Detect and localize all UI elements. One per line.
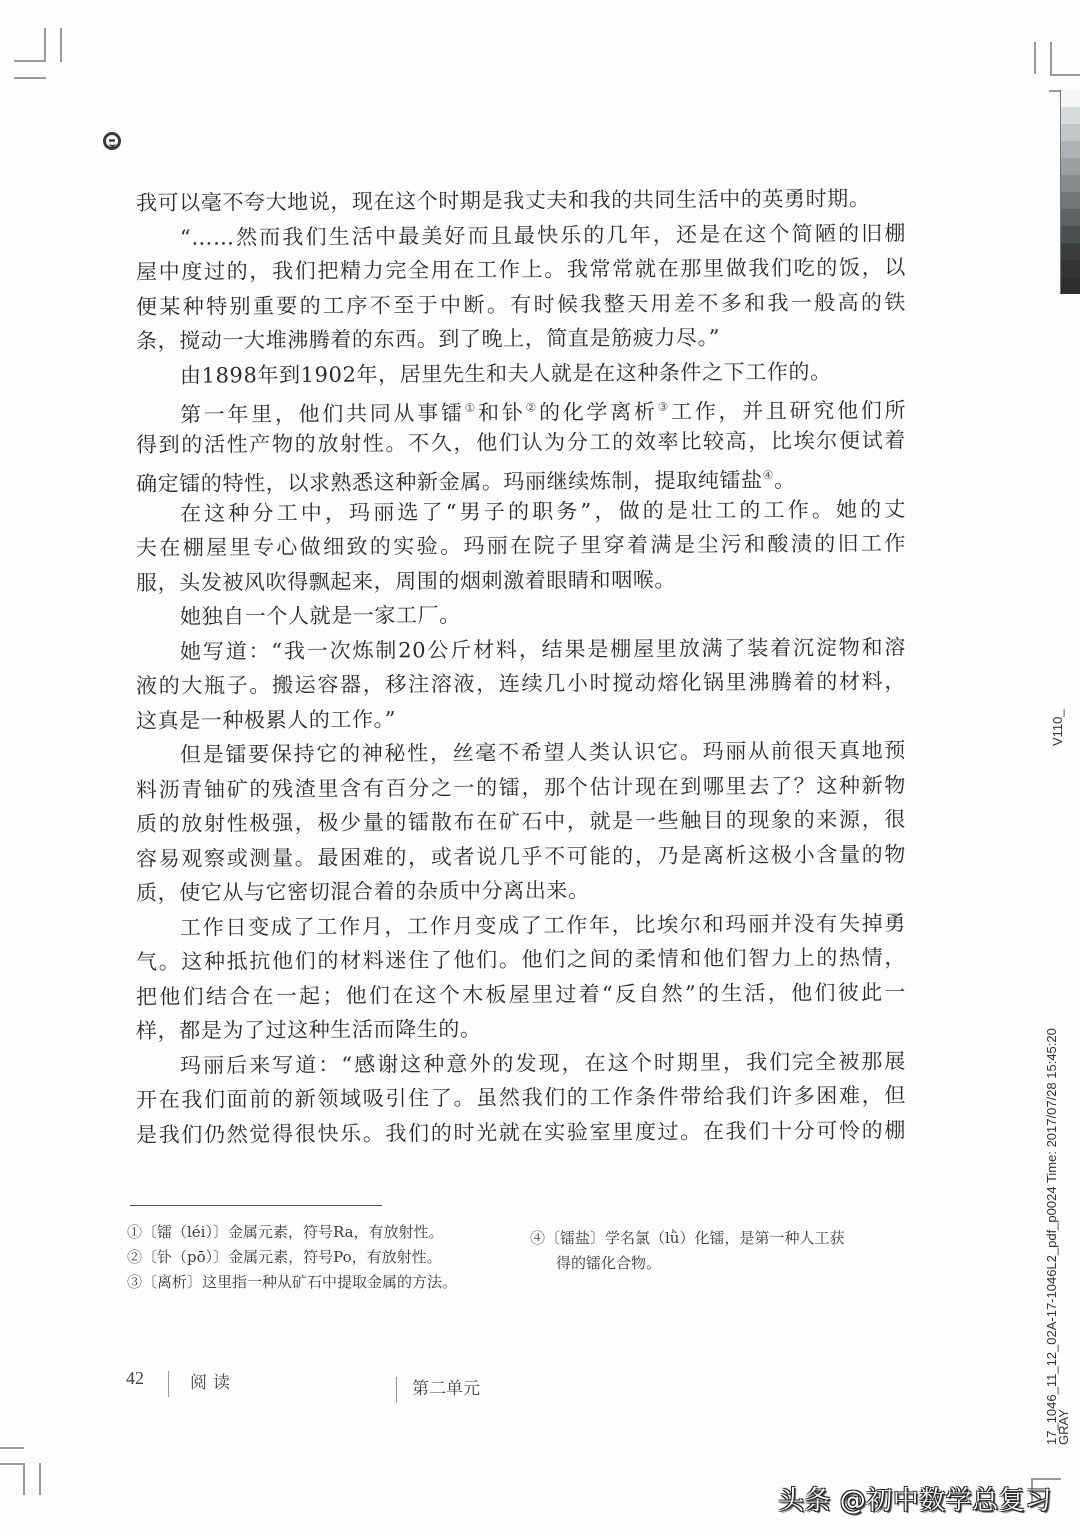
footer-separator-1 (168, 1371, 169, 1397)
text-line: 这真是一种极累人的工作。” (136, 699, 906, 738)
crop-mark-top-right-lh (1050, 74, 1080, 76)
footnote-4-continuation: 得的镭化合物。 (530, 1251, 900, 1276)
text-line: 我可以毫不夸大地说，现在这个时期是我丈夫和我的共同生活中的英勇时期。 (136, 181, 906, 220)
footnote-marker: ① (465, 401, 479, 415)
text-line: 服，头发被风吹得飘起来，周围的烟刺激着眼睛和咽喉。 (136, 561, 906, 600)
text-line: 玛丽后来写道：“感谢这种意外的发现，在这个时期里，我们完全被那展 (136, 1044, 906, 1083)
grayscale-swatch (1060, 260, 1080, 277)
grayscale-swatch (1060, 107, 1080, 124)
text-line: 液的大瓶子。搬运容器，移注溶液，连续几小时搅动熔化锅里沸腾着的材料， (136, 664, 906, 703)
grayscale-swatch (1060, 90, 1080, 107)
footnotes-left: ①〔镭（léi）〕金属元素，符号Ra，有放射性。 ②〔钋（pō）〕金属元素，符号… (127, 1220, 457, 1295)
grayscale-swatch (1060, 158, 1080, 175)
footnote-4: ④〔镭盐〕学名氯（lǜ）化镭，是第一种人工获 (530, 1226, 900, 1251)
smiley-icon (103, 132, 121, 150)
crop-mark-bottom-left-h2 (0, 1463, 24, 1465)
print-info-label: 17_1046_11_12_02A-17-1046L2_pdf_p0024 Ti… (1044, 1028, 1059, 1445)
text-line: 气。这种抵抗他们的材料迷住了他们。他们之间的柔情和他们智力上的热情， (136, 940, 906, 979)
footnote-2: ②〔钋（pō）〕金属元素，符号Po，有放射性。 (127, 1245, 457, 1270)
footnote-marker: ② (525, 401, 539, 415)
version-label: V110_ (1050, 709, 1065, 746)
grayscale-swatch (1060, 226, 1080, 243)
grayscale-swatch (1060, 277, 1080, 294)
text-line: 她独自一个人就是一家工厂。 (136, 595, 906, 634)
text-line: 样，都是为了过这种生活而降生的。 (136, 1009, 906, 1048)
text-line: 得到的活性产物的放射性。不久，他们认为分工的效率比较高，比埃尔便试着 (136, 423, 906, 462)
footnote-1: ①〔镭（léi）〕金属元素，符号Ra，有放射性。 (127, 1220, 457, 1245)
text-line: 把他们结合在一起；他们在这个木板屋里过着“反自然”的生活，他们彼此一 (136, 975, 906, 1014)
text-line: 在这种分工中，玛丽选了“男子的职务”，做的是壮工的工作。她的丈 (136, 492, 906, 531)
text-line: 工作日变成了工作月，工作月变成了工作年，比埃尔和玛丽并没有失掉勇 (136, 906, 906, 945)
text-line: 容易观察或测量。最困难的，或者说几乎不可能的，乃是离析这极小含量的物 (136, 837, 906, 876)
crop-mark-top-right-v (1034, 42, 1036, 74)
footnotes-right: ④〔镭盐〕学名氯（lǜ）化镭，是第一种人工获 得的镭化合物。 (530, 1226, 900, 1276)
text-line: “……然而我们生活中最美好而且最快乐的几年，还是在这个简陋的旧棚 (136, 216, 906, 255)
footer-separator-2 (396, 1377, 397, 1403)
footnote-marker: ④ (763, 468, 774, 482)
text-line: 质的放射性极强，极少量的镭散布在矿石中，就是一些触目的现象的来源，很 (136, 802, 906, 841)
text-line: 便某种特别重要的工序不至于中断。有时候我整天用差不多和我一般高的铁 (136, 285, 906, 324)
text-line: 开在我们面前的新领域吸引住了。虽然我们的工作条件带给我们许多困难，但 (136, 1078, 906, 1117)
footnote-3: ③〔离析〕这里指一种从矿石中提取金属的方法。 (127, 1270, 457, 1295)
text-line: 料沥青铀矿的残渣里含有百分之一的镭，那个估计现在到哪里去了？这种新物 (136, 768, 906, 807)
article-body: 我可以毫不夸大地说，现在这个时期是我丈夫和我的共同生活中的英勇时期。“……然而我… (136, 186, 906, 1152)
page-number: 42 (126, 1368, 144, 1389)
text-line: 夫在棚屋里专心做细致的实验。玛丽在院子里穿着满是尘污和酸渍的旧工作 (136, 526, 906, 565)
crop-mark-top-left-h (14, 60, 46, 62)
text-line: 质，使它从与它密切混合着的杂质中分离出来。 (136, 871, 906, 910)
crop-mark-top-left-h2 (14, 77, 46, 79)
gray-label: GRAY (1056, 1409, 1071, 1445)
footnote-divider (130, 1205, 382, 1206)
text-line: 条，搅动一大堆沸腾着的东西。到了晚上，简直是筋疲力尽。” (136, 319, 906, 358)
text-line: 第一年里，他们共同从事镭①和钋②的化学离析③工作，并且研究他们所 (136, 388, 906, 427)
unit-title: 第二单元 (412, 1374, 480, 1399)
text-line: 但是镭要保持它的神秘性，丝毫不希望人类认识它。玛丽从前很天真地预 (136, 733, 906, 772)
grayscale-swatch (1060, 243, 1080, 260)
grayscale-swatch (1060, 141, 1080, 158)
grayscale-swatch (1060, 175, 1080, 192)
text-line: 由1898年到1902年，居里先生和夫人就是在这种条件之下工作的。 (136, 354, 906, 393)
section-title: 阅读 (190, 1368, 236, 1393)
crop-mark-top-left-v2 (60, 28, 62, 62)
footnote-marker: ③ (658, 400, 672, 414)
text-line: 屋中度过的，我们把精力完全用在工作上。我常常就在那里做我们吃的饭，以 (136, 250, 906, 289)
crop-mark-bottom-left-v2 (39, 1463, 41, 1495)
grayscale-swatch (1060, 192, 1080, 209)
text-line: 确定镭的特性，以求熟悉这种新金属。玛丽继续炼制，提取纯镭盐④。 (136, 457, 906, 496)
grayscale-swatch (1060, 124, 1080, 141)
crop-mark-top-right-l (1050, 42, 1052, 76)
watermark: 头条 @初中数学总复习 (778, 1480, 1052, 1517)
grayscale-calibration-bar (1060, 90, 1080, 296)
grayscale-swatch (1060, 209, 1080, 226)
text-line: 是我们仍然觉得很快乐。我们的时光就在实验室里度过。在我们十分可怜的棚 (136, 1113, 906, 1152)
crop-mark-bottom-left-v (23, 1463, 25, 1495)
text-line: 她写道：“我一次炼制20公斤材料，结果是棚屋里放满了装着沉淀物和溶 (136, 630, 906, 669)
crop-mark-top-left-v (44, 28, 46, 62)
crop-mark-bottom-left-h (0, 1447, 24, 1449)
